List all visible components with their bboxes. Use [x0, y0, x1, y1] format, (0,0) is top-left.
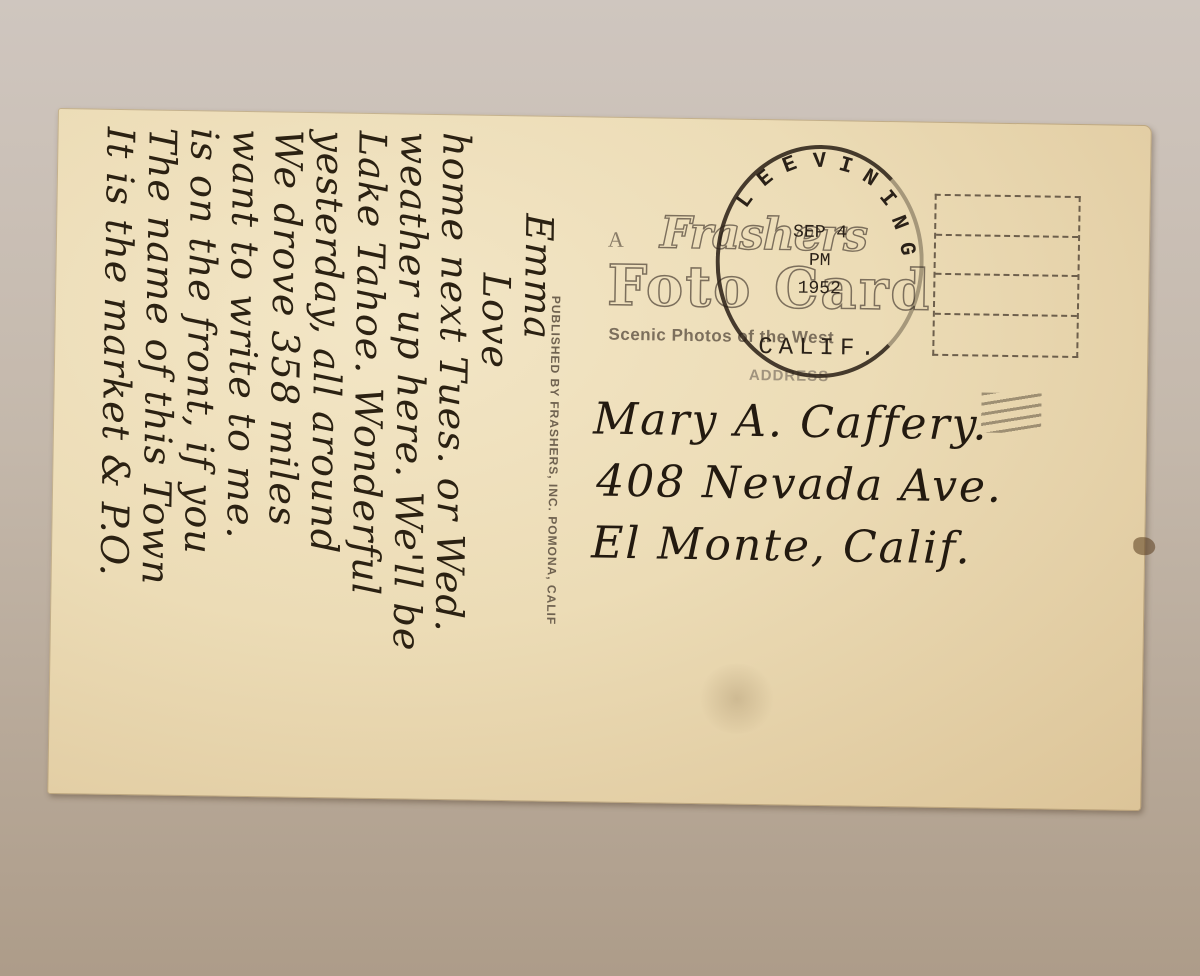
handwritten-message: It is the market & P.O. The name of this… — [90, 127, 570, 784]
recipient-name: Mary A. Caffery. — [593, 388, 1005, 456]
postcard: It is the market & P.O. The name of this… — [47, 108, 1152, 811]
smudge — [696, 663, 777, 734]
postmark-state: CALIF. — [758, 334, 881, 363]
stamp-box — [932, 194, 1081, 358]
postmark: L E E V I N I N G SEP 4 PM 1952 CALIF. — [714, 143, 926, 379]
postmark-date: SEP 4 PM 1952 — [759, 218, 880, 304]
ink-stain — [1133, 537, 1155, 555]
brand-prefix: A — [608, 227, 624, 253]
recipient-address: Mary A. Caffery. 408 Nevada Ave. El Mont… — [591, 388, 1005, 580]
recipient-city: El Monte, Calif. — [591, 512, 1003, 580]
recipient-street: 408 Nevada Ave. — [592, 450, 1004, 518]
